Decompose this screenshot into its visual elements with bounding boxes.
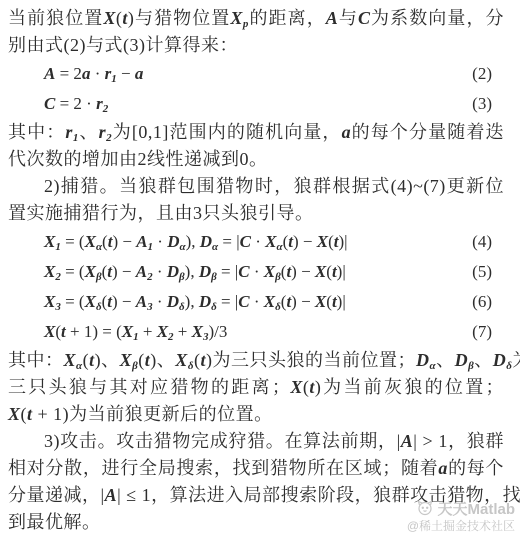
equation-body: A = 2a · r1 − a xyxy=(8,64,143,84)
body-line: 相对分散，进行全局搜索，找到猎物所在区域；随着a的每个 xyxy=(8,455,504,482)
body-line: 代次数的增加由2线性递减到0。 xyxy=(8,146,504,173)
body-line: 别由式(2)与式(3)计算得来： xyxy=(8,32,504,59)
watermark: 天天Matlab @稀土掘金技术社区 xyxy=(407,500,515,534)
equation-body: X(t + 1) = (X1 + X2 + X3)/3 xyxy=(8,322,227,342)
equation-2: A = 2a · r1 − a (2) xyxy=(8,59,504,89)
equation-number: (5) xyxy=(472,262,504,282)
equation-5: X2 = (Xβ(t) − A2 · Dβ), Dβ = |C · Xβ(t) … xyxy=(8,257,504,287)
equation-body: C = 2 · r2 xyxy=(8,94,108,114)
equation-number: (3) xyxy=(472,94,504,114)
body-line: 2)捕猎。当狼群包围猎物时，狼群根据式(4)~(7)更新位 xyxy=(8,173,504,200)
equation-number: (6) xyxy=(472,292,504,312)
cat-face-icon xyxy=(416,500,434,520)
equation-body: X1 = (Xα(t) − A1 · Dα), Dα = |C · Xα(t) … xyxy=(8,232,348,252)
body-line: 其中：r1、r2为[0,1]范围内的随机向量，a的每个分量随着迭 xyxy=(8,119,504,146)
body-line: 三只头狼与其对应猎物的距离；X(t)为当前灰狼的位置； xyxy=(8,374,504,401)
watermark-subtitle: @稀土掘金技术社区 xyxy=(407,520,515,534)
body-line: 3)攻击。攻击猎物完成狩猎。在算法前期，|A| > 1，狼群 xyxy=(8,428,504,455)
equation-body: X2 = (Xβ(t) − A2 · Dβ), Dβ = |C · Xβ(t) … xyxy=(8,262,346,282)
equation-7: X(t + 1) = (X1 + X2 + X3)/3 (7) xyxy=(8,317,504,347)
watermark-title: 天天Matlab xyxy=(437,501,515,518)
equation-6: X3 = (Xδ(t) − A3 · Dδ), Dδ = |C · Xδ(t) … xyxy=(8,287,504,317)
body-line: 置实施捕猎行为，且由3只头狼引导。 xyxy=(8,200,504,227)
body-line: 当前狼位置X(t)与猎物位置Xp的距离，A与C为系数向量，分 xyxy=(8,5,504,32)
equation-4: X1 = (Xα(t) − A1 · Dα), Dα = |C · Xα(t) … xyxy=(8,227,504,257)
equation-number: (4) xyxy=(472,232,504,252)
body-line: X(t + 1)为当前狼更新后的位置。 xyxy=(8,401,504,428)
document-page: 当前狼位置X(t)与猎物位置Xp的距离，A与C为系数向量，分 别由式(2)与式(… xyxy=(0,0,520,537)
equation-body: X3 = (Xδ(t) − A3 · Dδ), Dδ = |C · Xδ(t) … xyxy=(8,292,346,312)
equation-3: C = 2 · r2 (3) xyxy=(8,89,504,119)
equation-number: (7) xyxy=(472,322,504,342)
equation-number: (2) xyxy=(472,64,504,84)
body-line: 其中：Xα(t)、Xβ(t)、Xδ(t)为三只头狼的当前位置；Dα、Dβ、Dδ为 xyxy=(8,347,504,374)
